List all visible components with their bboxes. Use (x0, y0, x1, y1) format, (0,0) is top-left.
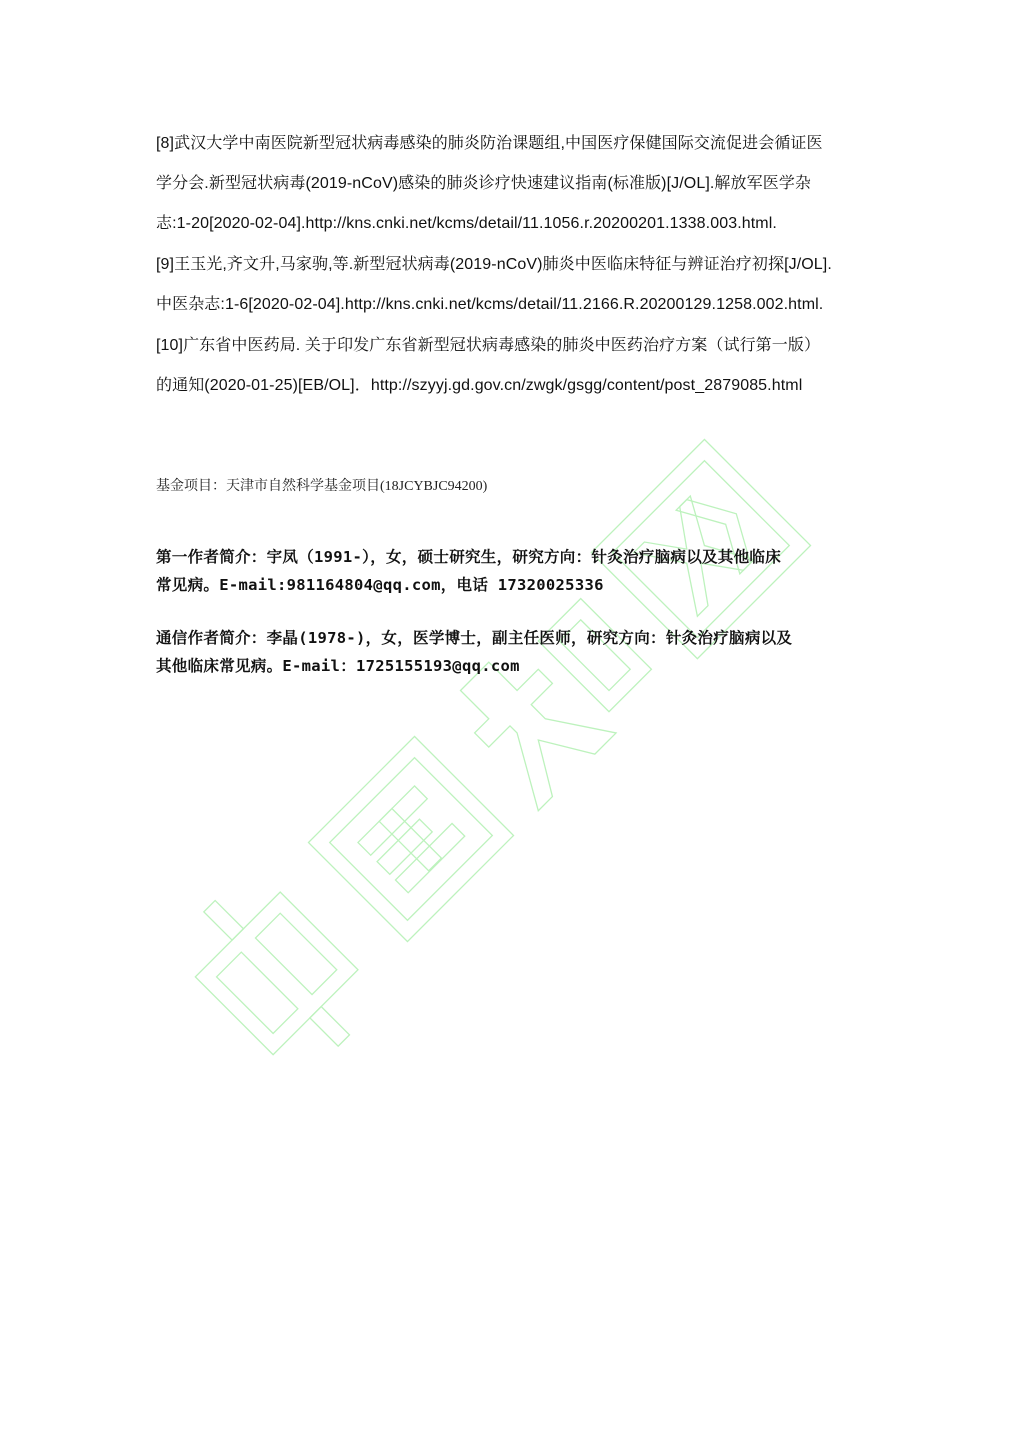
reference-10-line-2: 的通知(2020-01-25)[EB/OL]．http://szyyj.gd.g… (156, 376, 872, 396)
reference-10-line-1: [10]广东省中医药局. 关于印发广东省新型冠状病毒感染的肺炎中医药治疗方案（试… (156, 336, 872, 356)
reference-8-line-3: 志:1-20[2020-02-04].http://kns.cnki.net/k… (156, 214, 872, 234)
document-page: [8]武汉大学中南医院新型冠状病毒感染的肺炎防治课题组,中国医疗保健国际交流促进… (0, 0, 1024, 1448)
first-author-bio-line-1: 第一作者简介：宇凤（1991-），女，硕士研究生，研究方向：针灸治疗脑病以及其他… (156, 547, 872, 567)
reference-8-line-1: [8]武汉大学中南医院新型冠状病毒感染的肺炎防治课题组,中国医疗保健国际交流促进… (156, 134, 872, 154)
fund-project: 基金项目：天津市自然科学基金项目(18JCYBJC94200) (156, 478, 487, 496)
first-author-bio-line-2: 常见病。E-mail:981164804@qq.com，电话 173200253… (156, 575, 872, 595)
reference-9-line-2: 中医杂志:1-6[2020-02-04].http://kns.cnki.net… (156, 295, 872, 315)
reference-9-line-1: [9]王玉光,齐文升,马家驹,等.新型冠状病毒(2019-nCoV)肺炎中医临床… (156, 255, 872, 275)
reference-8-line-2: 学分会.新型冠状病毒(2019-nCoV)感染的肺炎诊疗快速建议指南(标准版)[… (156, 174, 872, 194)
corresponding-author-bio-line-2: 其他临床常见病。E-mail：1725155193@qq.com (156, 656, 872, 676)
corresponding-author-bio-line-1: 通信作者简介：李晶(1978-)，女，医学博士，副主任医师，研究方向：针灸治疗脑… (156, 628, 872, 648)
